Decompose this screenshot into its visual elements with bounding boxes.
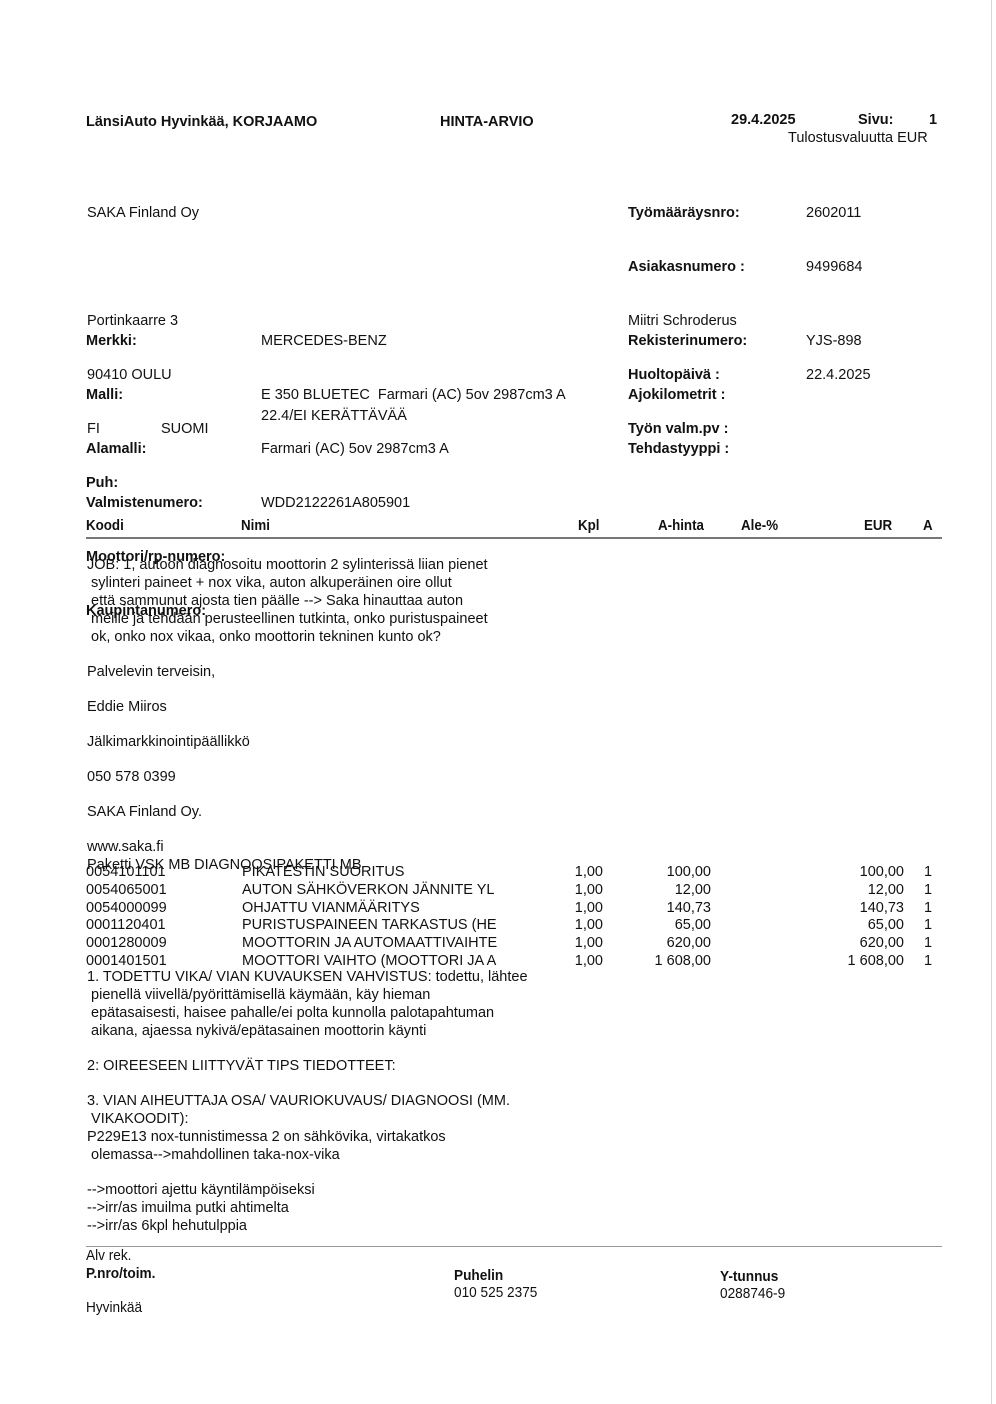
item-code: 0054065001: [86, 882, 167, 900]
note-line: -->moottori ajettu käyntilämpöiseksi: [87, 1181, 528, 1199]
col-header-discount: Ale-%: [741, 517, 778, 535]
item-vat-code: 1: [924, 900, 932, 918]
item-vat-code: 1: [924, 882, 932, 900]
note-line: JOB: 1, autoon diagnosoitu moottorin 2 s…: [87, 556, 488, 574]
col-header-code: Koodi: [86, 517, 124, 535]
vehicle-label: Merkki:: [86, 332, 225, 350]
note-line: Jälkimarkkinointipäällikkö: [87, 733, 488, 751]
item-qty: 1,00: [573, 882, 603, 900]
document-title: HINTA-ARVIO: [440, 113, 534, 131]
note-line: -->irr/as imuilma putki ahtimelta: [87, 1199, 528, 1217]
item-qty: 1,00: [573, 917, 603, 935]
business-id-label: Y-tunnus: [720, 1268, 778, 1286]
business-id: 0288746-9: [720, 1285, 785, 1303]
note-line: [87, 1164, 528, 1181]
item-total: 620,00: [826, 935, 904, 953]
document-date: 29.4.2025: [731, 111, 796, 129]
note-line: [87, 1075, 528, 1092]
vehicle-right-labels: Rekisterinumero: Ajokilometrit : Tehdast…: [628, 296, 747, 476]
col-header-a: A: [923, 517, 933, 535]
phone-label: Puhelin: [454, 1267, 503, 1285]
work-order-label: Työmääräysnro:: [628, 204, 745, 222]
note-line: [87, 646, 488, 663]
note-line: [87, 821, 488, 838]
vehicle-label: Alamalli:: [86, 440, 225, 458]
item-name: MOOTTORIN JA AUTOMAATTIVAIHTE: [242, 935, 497, 953]
vat-label: Alv rek.: [86, 1247, 131, 1265]
note-line: [87, 751, 488, 768]
note-line: olemassa-->mahdollinen taka-nox-vika: [87, 1146, 528, 1164]
line-items: 0054101101PIKATESTIN SUORITUS1,00100,001…: [86, 864, 946, 971]
note-line: meille ja tehdään perusteellinen tutkint…: [87, 610, 488, 628]
item-code: 0054000099: [86, 900, 167, 918]
note-line: aikana, ajaessa nykivä/epätasainen moott…: [87, 1022, 528, 1040]
table-row: 0054101101PIKATESTIN SUORITUS1,00100,001…: [86, 864, 946, 882]
phone-number: 010 525 2375: [454, 1284, 537, 1302]
col-header-eur: EUR: [864, 517, 892, 535]
item-qty: 1,00: [573, 953, 603, 971]
item-code: 0001280009: [86, 935, 167, 953]
note-line: 1. TODETTU VIKA/ VIAN KUVAUKSEN VAHVISTU…: [87, 968, 528, 986]
vehicle-label: Malli:: [86, 386, 225, 404]
vehicle-model: E 350 BLUETEC Farmari (AC) 5ov 2987cm3 A: [261, 386, 566, 404]
note-line: [87, 786, 488, 803]
page-label: Sivu:: [858, 111, 893, 129]
item-unit-price: 100,00: [631, 864, 711, 882]
note-line: [87, 681, 488, 698]
item-vat-code: 1: [924, 864, 932, 882]
customer-number-label: Asiakasnumero :: [628, 258, 745, 276]
registration-label: Rekisterinumero:: [628, 332, 747, 350]
vehicle-vin: WDD2122261A805901: [261, 494, 566, 512]
col-header-unit-price: A-hinta: [658, 517, 704, 535]
note-line: VIKAKOODIT):: [87, 1110, 528, 1128]
table-row: 0001280009MOOTTORIN JA AUTOMAATTIVAIHTE1…: [86, 935, 946, 953]
item-qty: 1,00: [573, 900, 603, 918]
note-line: P229E13 nox-tunnistimessa 2 on sähkövika…: [87, 1128, 528, 1146]
item-total: 12,00: [826, 882, 904, 900]
item-name: PURISTUSPAINEEN TARKASTUS (HE: [242, 917, 497, 935]
item-code: 0001120401: [86, 917, 166, 935]
page-number: 1: [929, 111, 937, 129]
item-name: PIKATESTIN SUORITUS: [242, 864, 404, 882]
note-line: 3. VIAN AIHEUTTAJA OSA/ VAURIOKUVAUS/ DI…: [87, 1092, 528, 1110]
job-notes: JOB: 1, autoon diagnosoitu moottorin 2 s…: [87, 556, 488, 874]
note-line: 2: OIREESEEN LIITTYVÄT TIPS TIEDOTTEET:: [87, 1057, 528, 1075]
note-line: www.saka.fi: [87, 838, 488, 856]
item-unit-price: 1 608,00: [631, 953, 711, 971]
mileage-label: Ajokilometrit :: [628, 386, 747, 404]
note-line: -->irr/as 6kpl hehutulppia: [87, 1217, 528, 1235]
registration-number: YJS-898: [806, 332, 862, 350]
note-line: sylinteri paineet + nox vika, auton alku…: [87, 574, 488, 592]
header-divider: [86, 537, 942, 539]
note-line: 050 578 0399: [87, 768, 488, 786]
factory-type-label: Tehdastyyppi :: [628, 440, 747, 458]
vehicle-note: 22.4/EI KERÄTTÄVÄÄ: [261, 407, 407, 425]
footer-divider: [86, 1246, 942, 1247]
item-unit-price: 65,00: [631, 917, 711, 935]
work-order-number: 2602011: [806, 204, 871, 222]
note-line: pienellä viivellä/pyörittämisellä käymää…: [87, 986, 528, 1004]
item-vat-code: 1: [924, 917, 932, 935]
vehicle-label: Valmistenumero:: [86, 494, 225, 512]
scan-edge: [991, 0, 992, 1404]
note-line: epätasaisesti, haisee pahalle/ei polta k…: [87, 1004, 528, 1022]
customer-name: SAKA Finland Oy: [87, 204, 199, 222]
item-unit-price: 620,00: [631, 935, 711, 953]
item-total: 140,73: [826, 900, 904, 918]
table-row: 0054065001AUTON SÄHKÖVERKON JÄNNITE YL1,…: [86, 882, 946, 900]
note-line: [87, 716, 488, 733]
note-line: [87, 1040, 528, 1057]
note-line: Palvelevin terveisin,: [87, 663, 488, 681]
item-total: 100,00: [826, 864, 904, 882]
vehicle-submodel: Farmari (AC) 5ov 2987cm3 A: [261, 440, 566, 458]
item-total: 65,00: [826, 917, 904, 935]
vehicle-right-values: YJS-898: [806, 296, 862, 368]
item-total: 1 608,00: [826, 953, 904, 971]
service-date: 22.4.2025: [806, 366, 871, 384]
note-line: SAKA Finland Oy.: [87, 803, 488, 821]
item-name: AUTON SÄHKÖVERKON JÄNNITE YL: [242, 882, 494, 900]
vehicle-make: MERCEDES-BENZ: [261, 332, 566, 350]
item-qty: 1,00: [573, 935, 603, 953]
item-unit-price: 140,73: [631, 900, 711, 918]
note-line: Eddie Miiros: [87, 698, 488, 716]
col-header-qty: Kpl: [578, 517, 599, 535]
currency-note: Tulostusvaluutta EUR: [788, 129, 928, 147]
postal-label: P.nro/toim.: [86, 1265, 155, 1283]
item-vat-code: 1: [924, 935, 932, 953]
item-qty: 1,00: [573, 864, 603, 882]
table-row: 0054000099OHJATTU VIANMÄÄRITYS1,00140,73…: [86, 900, 946, 918]
note-line: että sammunut ajosta tien päälle --> Sak…: [87, 592, 488, 610]
item-code: 0054101101: [86, 864, 166, 882]
item-vat-code: 1: [924, 953, 932, 971]
customer-number: 9499684: [806, 258, 871, 276]
col-header-name: Nimi: [241, 517, 270, 535]
workshop-name: LänsiAuto Hyvinkää, KORJAAMO: [86, 113, 317, 131]
table-row: 0001120401PURISTUSPAINEEN TARKASTUS (HE1…: [86, 917, 946, 935]
item-name: OHJATTU VIANMÄÄRITYS: [242, 900, 420, 918]
note-line: ok, onko nox vikaa, onko moottorin tekni…: [87, 628, 488, 646]
item-unit-price: 12,00: [631, 882, 711, 900]
diagnosis-notes: 1. TODETTU VIKA/ VIAN KUVAUKSEN VAHVISTU…: [87, 968, 528, 1235]
footer-city: Hyvinkää: [86, 1299, 142, 1317]
